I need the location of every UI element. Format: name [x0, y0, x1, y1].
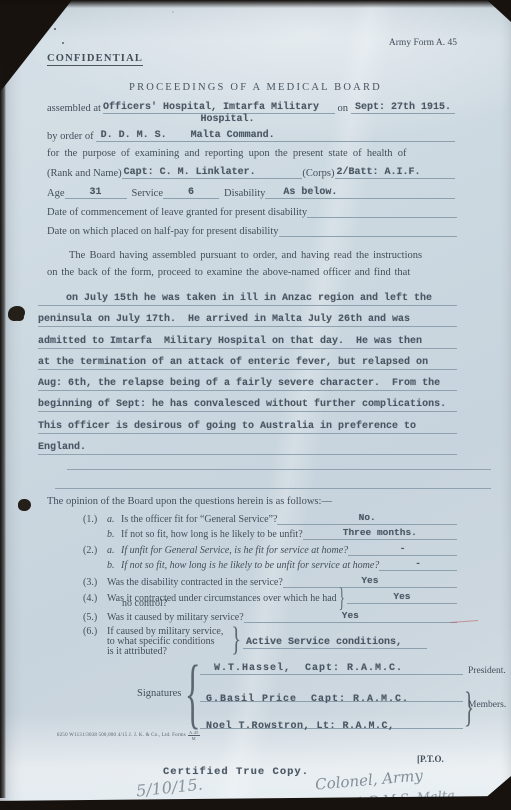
- service-field: 6: [163, 186, 219, 199]
- q1b-text: If not so fit, how long is he likely to …: [121, 529, 303, 540]
- findings-line: England.: [38, 440, 457, 455]
- blank-rule: [67, 469, 491, 470]
- question-3: (3.) Was the disability contracted in th…: [83, 575, 457, 588]
- photo-edge-left: [0, 60, 6, 798]
- q1-number: (1.): [83, 514, 107, 525]
- question-2a: (2.) a. If unfit for General Service, is…: [83, 543, 457, 556]
- document-photo: Army Form A. 45 CONFIDENTIAL PROCEEDINGS…: [0, 0, 511, 810]
- rank-field: Capt: C. M. Linklater.: [122, 166, 303, 179]
- question-5: (5.) Was it caused by military service? …: [83, 610, 457, 623]
- findings-line: Aug: 6th, the relapse being of a fairly …: [38, 376, 457, 391]
- q1a-answer-field: No.: [277, 512, 457, 525]
- q3-text: Was the disability contracted in the ser…: [107, 577, 283, 588]
- question-1a: (1.) a. Is the officer fit for “General …: [83, 512, 457, 525]
- board-paragraph-line1: The Board having assembled pursuant to o…: [69, 250, 457, 261]
- q6-number: (6.): [83, 626, 107, 637]
- board-paragraph-line2: on the back of the form, proceed to exam…: [47, 267, 457, 278]
- signature-1-name: W.T.Hassel, Capt: R.A.M.C.: [200, 663, 403, 674]
- q2b-letter: b.: [107, 560, 121, 571]
- q6-answer: Active Service conditions,: [243, 637, 402, 648]
- photo-edge-top: [0, 0, 511, 8]
- rank-value: Capt: C. M. Linklater.: [122, 167, 256, 178]
- q2b-answer-field: -: [379, 558, 457, 571]
- question-2b: b. If not so fit, how long is he likely …: [83, 558, 457, 571]
- paper-specks: [54, 28, 56, 30]
- order-field: D. D. M. S. Malta Command.: [96, 129, 455, 142]
- page-title: PROCEEDINGS OF A MEDICAL BOARD: [0, 82, 511, 93]
- age-field: 31: [65, 186, 127, 199]
- halfpay-field: [279, 224, 457, 237]
- signature-3-name: Noel T.Rowstron, Lt: R.A.M.C,: [200, 721, 395, 732]
- disability-label: Disability: [224, 188, 265, 199]
- findings-line: beginning of Sept: he has convalesced wi…: [38, 397, 457, 412]
- q2-number: (2.): [83, 545, 107, 556]
- president-label: President.: [468, 666, 506, 676]
- q5-number: (5.): [83, 612, 107, 623]
- q1a-text: Is the officer fit for “General Service”…: [121, 514, 277, 525]
- leave-row: Date of commencement of leave granted fo…: [47, 205, 457, 218]
- order-value: D. D. M. S. Malta Command.: [96, 130, 275, 141]
- leave-label: Date of commencement of leave granted fo…: [47, 207, 307, 218]
- findings-line: admitted to Imtarfa Military Hospital on…: [38, 334, 457, 349]
- imprint-form-code: A.45 M: [188, 730, 200, 741]
- age-label: Age: [47, 188, 65, 199]
- signature-line-3: Noel T.Rowstron, Lt: R.A.M.C,: [200, 716, 463, 729]
- q1b-answer: Three months.: [343, 527, 417, 538]
- form-reference: Army Form A. 45: [389, 38, 457, 48]
- q2b-text: If not so fit, how long is he likely to …: [121, 560, 379, 571]
- findings-line: This officer is desirous of going to Aus…: [38, 419, 457, 434]
- q1a-answer: No.: [359, 512, 376, 523]
- imprint-text: 8250 W1131/3038 500,000 4/15 J. J. K. & …: [57, 733, 186, 738]
- q1b-answer-field: Three months.: [303, 527, 457, 540]
- findings-line: peninsula on July 17th. He arrived in Ma…: [38, 312, 457, 327]
- q2a-answer: -: [400, 543, 406, 554]
- assembled-label: assembled at: [47, 103, 101, 114]
- age-row: Age 31 Service 6 Disability As below.: [47, 186, 455, 199]
- q3-number: (3.): [83, 577, 107, 588]
- findings-line: at the termination of an attack of enter…: [38, 355, 457, 370]
- q4-answer: Yes: [393, 591, 410, 602]
- rank-label: (Rank and Name): [47, 168, 122, 179]
- service-label: Service: [132, 188, 164, 199]
- on-label: on: [338, 103, 349, 114]
- age-value: 31: [89, 187, 101, 198]
- q6-answer-field: Active Service conditions,: [243, 636, 427, 649]
- q6-brace: }: [231, 623, 241, 657]
- q2a-letter: a.: [107, 545, 121, 556]
- confidential-stamp: CONFIDENTIAL: [47, 53, 143, 66]
- date-value: Sept: 27th 1915.: [355, 102, 451, 113]
- q5-answer: Yes: [342, 610, 359, 621]
- signature-line-2: G.Basil Price Capt: R.A.M.C.: [200, 689, 463, 702]
- disability-field: As below.: [265, 186, 455, 199]
- order-label: by order of: [47, 131, 94, 142]
- ink-blot: [18, 499, 31, 511]
- q3-answer-field: Yes: [283, 575, 457, 588]
- members-label: Members.: [468, 700, 506, 710]
- signatures-label: Signatures: [137, 688, 181, 699]
- assembled-field: Officers' Hospital, Imtarfa Military: [103, 101, 335, 114]
- date-field: Sept: 27th 1915.: [351, 101, 455, 114]
- purpose-line: for the purpose of examining and reporti…: [47, 148, 457, 159]
- signature-line-1: W.T.Hassel, Capt: R.A.M.C.: [200, 662, 463, 675]
- assembled-value: Officers' Hospital, Imtarfa Military: [103, 102, 319, 113]
- q2a-answer-field: -: [348, 543, 457, 556]
- q5-answer-field: Yes: [244, 610, 457, 623]
- q1a-letter: a.: [107, 514, 121, 525]
- rank-row: (Rank and Name) Capt: C. M. Linklater. (…: [47, 166, 455, 179]
- signature-2-name: G.Basil Price Capt: R.A.M.C.: [200, 694, 409, 705]
- q4-number: (4.): [83, 593, 107, 604]
- corps-value: 2/Batt: A.I.F.: [335, 167, 421, 178]
- corps-field: 2/Batt: A.I.F.: [335, 166, 456, 179]
- findings-line: on July 15th he was taken in ill in Anza…: [38, 291, 457, 306]
- opinion-intro: The opinion of the Board upon the questi…: [47, 496, 332, 507]
- q6-text3: is it attributed?: [107, 646, 167, 657]
- order-row: by order of D. D. M. S. Malta Command.: [47, 129, 455, 142]
- halfpay-row: Date on which placed on half-pay for pre…: [47, 224, 457, 237]
- service-value: 6: [188, 187, 194, 198]
- q2a-text: If unfit for General Service, is he fit …: [121, 545, 348, 556]
- assembled-row: assembled at Officers' Hospital, Imtarfa…: [47, 101, 455, 114]
- blank-rule: [55, 488, 491, 489]
- question-1b: b. If not so fit, how long is he likely …: [83, 527, 457, 540]
- disability-value: As below.: [265, 187, 337, 198]
- assembled-value-wrap: Hospital.: [113, 114, 342, 125]
- q1b-letter: b.: [107, 529, 121, 540]
- q3-answer: Yes: [361, 575, 378, 586]
- q4-answer-field: Yes: [347, 591, 457, 604]
- pto-mark: [P.T.O.: [417, 754, 444, 764]
- q4-text-cont: no control?: [122, 598, 167, 609]
- corps-label: (Corps): [302, 168, 334, 179]
- printers-imprint: 8250 W1131/3038 500,000 4/15 J. J. K. & …: [57, 730, 200, 741]
- imprint-frac-bottom: M: [192, 736, 196, 741]
- leave-field: [307, 205, 457, 218]
- q2b-answer: -: [415, 558, 421, 569]
- q5-text: Was it caused by military service?: [107, 612, 244, 623]
- signatures-brace: {: [185, 654, 201, 732]
- halfpay-label: Date on which placed on half-pay for pre…: [47, 226, 279, 237]
